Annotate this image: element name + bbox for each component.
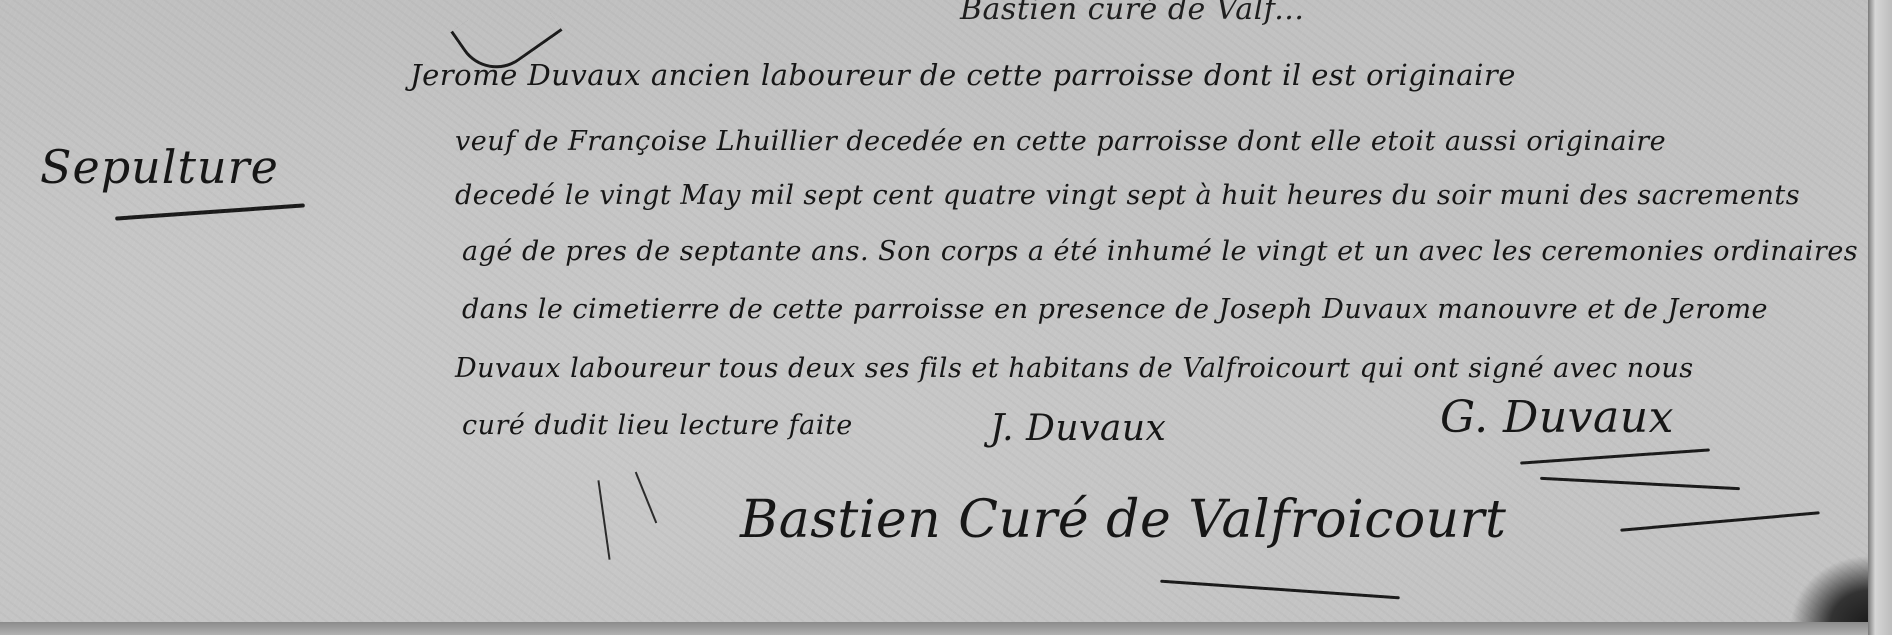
cure-signature-flourish [1620,511,1820,531]
register-page: Bastien curé de Valf... Sepulture Jerome… [0,0,1868,622]
entry-line-5: dans le cimetierre de cette parroisse en… [462,294,1768,325]
entry-line-1: Jerome Duvaux ancien laboureur de cette … [410,58,1516,92]
page-corner-shadow [1790,555,1870,625]
page-bottom-edge [0,622,1868,635]
entry-line-4: agé de pres de septante ans. Son corps a… [462,236,1858,267]
entry-line-2: veuf de Françoise Lhuillier decedée en c… [455,126,1666,157]
page-binding-edge [1868,0,1892,635]
previous-entry-signature: Bastien curé de Valf... [960,0,1304,27]
signature-g-duvaux: G. Duvaux [1440,392,1674,443]
signature-cure-bastien: Bastien Curé de Valfroicourt [740,490,1506,550]
signature-j-duvaux: J. Duvaux [990,408,1166,449]
margin-title-underline [115,203,305,220]
entry-line-7: curé dudit lieu lecture faite [462,410,853,441]
entry-line-6: Duvaux laboureur tous deux ses fils et h… [455,353,1694,384]
cure-signature-flourish [1160,580,1400,600]
ink-stroke [597,480,610,559]
signature-flourish [1520,448,1710,464]
ink-stroke [635,472,657,524]
entry-line-3: decedé le vingt May mil sept cent quatre… [455,180,1800,211]
signature-flourish [1540,477,1740,490]
margin-title-sepulture: Sepulture [40,140,279,194]
